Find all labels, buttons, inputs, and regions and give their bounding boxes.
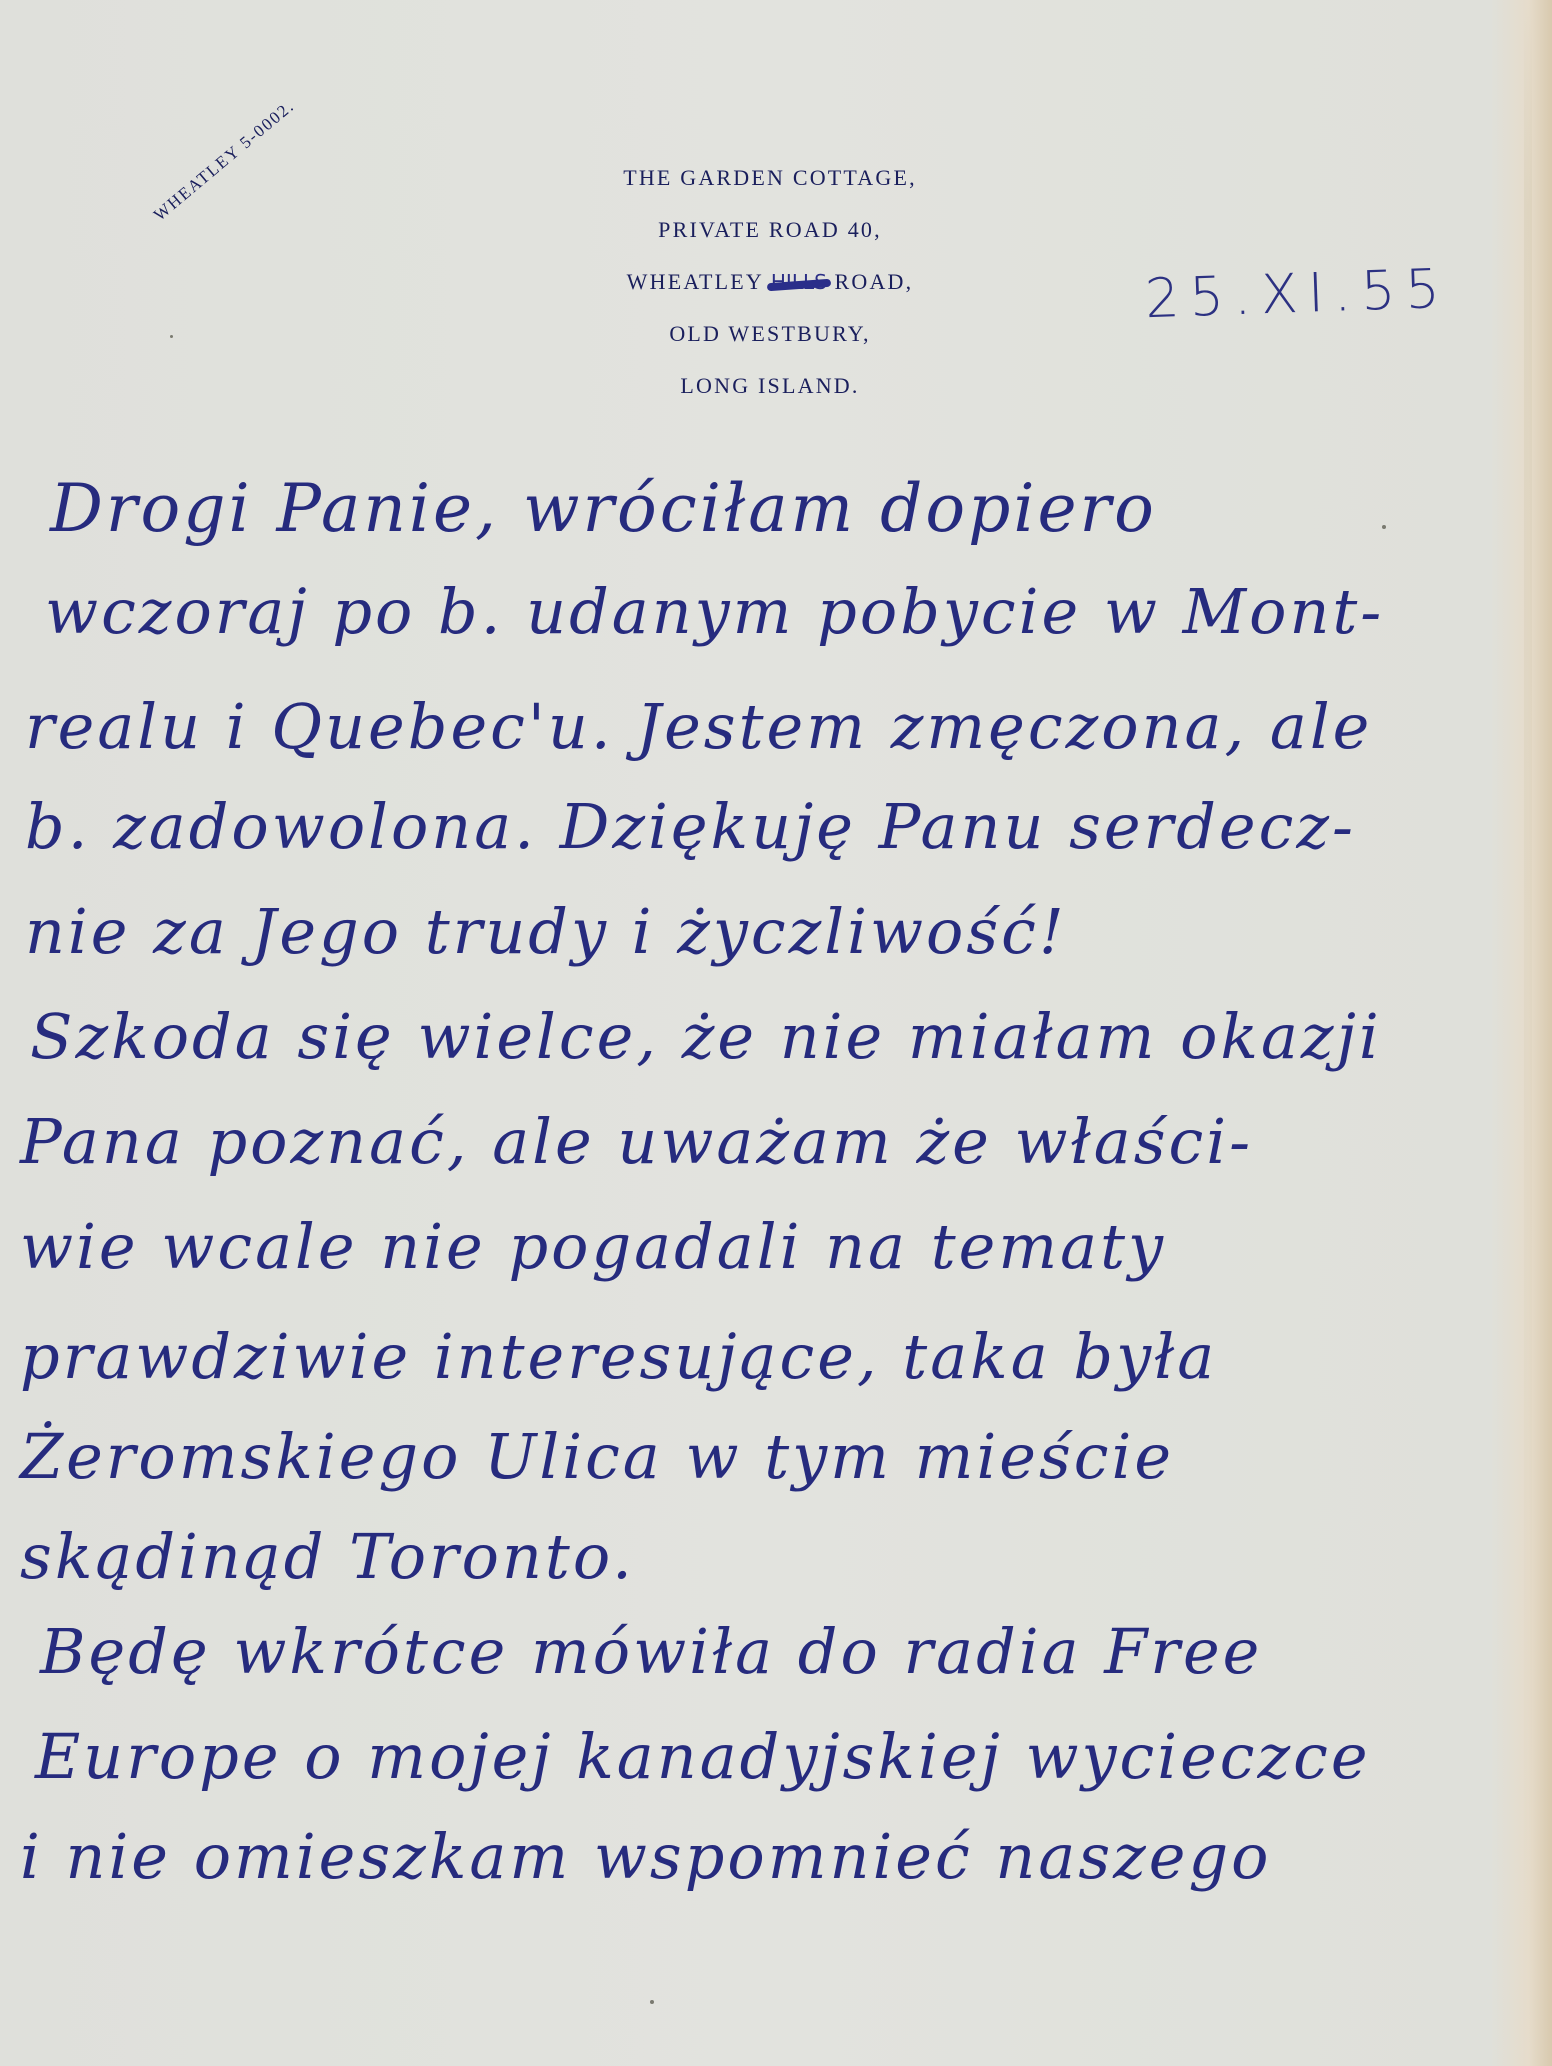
- letter-line: nie za Jego trudy i życzliwość!: [25, 895, 1067, 968]
- address-line-3-suffix: ROAD,: [835, 269, 914, 294]
- address-line-1: THE GARDEN COTTAGE,: [520, 160, 1020, 212]
- letter-line: Europe o mojej kanadyjskiej wycieczce: [35, 1720, 1371, 1793]
- letter-page: WHEATLEY 5-0002. THE GARDEN COTTAGE, PRI…: [0, 0, 1552, 2066]
- letter-line: wie wcale nie pogadali na tematy: [20, 1210, 1166, 1283]
- letter-line: Żeromskiego Ulica w tym mieście: [20, 1420, 1174, 1493]
- letter-line: Będę wkrótce mówiła do radia Free: [40, 1615, 1262, 1688]
- address-line-5: LONG ISLAND.: [520, 368, 1020, 420]
- ink-speck: [650, 2000, 654, 2004]
- address-line-2: PRIVATE ROAD 40,: [520, 212, 1020, 264]
- handwritten-date: 25.XI.55: [1144, 257, 1451, 331]
- ink-speck: [170, 335, 173, 338]
- letter-line: i nie omieszkam wspomnieć naszego: [20, 1820, 1272, 1893]
- letter-line: b. zadowolona. Dziękuję Panu serdecz-: [25, 790, 1356, 863]
- letter-line: skądinąd Toronto.: [20, 1520, 635, 1593]
- letterhead-address: THE GARDEN COTTAGE, PRIVATE ROAD 40, WHE…: [520, 160, 1020, 420]
- phone-number: WHEATLEY 5-0002.: [150, 96, 299, 225]
- address-line-4: OLD WESTBURY,: [520, 316, 1020, 368]
- address-line-3: WHEATLEY HILLS ROAD,: [520, 264, 1020, 316]
- letter-line: Drogi Panie, wróciłam dopiero: [50, 470, 1157, 547]
- letter-line: Szkoda się wielce, że nie miałam okazji: [30, 1000, 1382, 1073]
- ink-speck: [1382, 525, 1386, 529]
- letter-line: wczoraj po b. udanym pobycie w Mont-: [45, 575, 1384, 648]
- letter-line: Pana poznać, ale uważam że właści-: [20, 1105, 1253, 1178]
- letter-line: prawdziwie interesujące, taka była: [20, 1320, 1217, 1393]
- address-line-3-prefix: WHEATLEY: [627, 269, 764, 294]
- letter-line: realu i Quebec'u. Jestem zmęczona, ale: [25, 690, 1372, 763]
- struck-out-word: HILLS: [771, 264, 827, 300]
